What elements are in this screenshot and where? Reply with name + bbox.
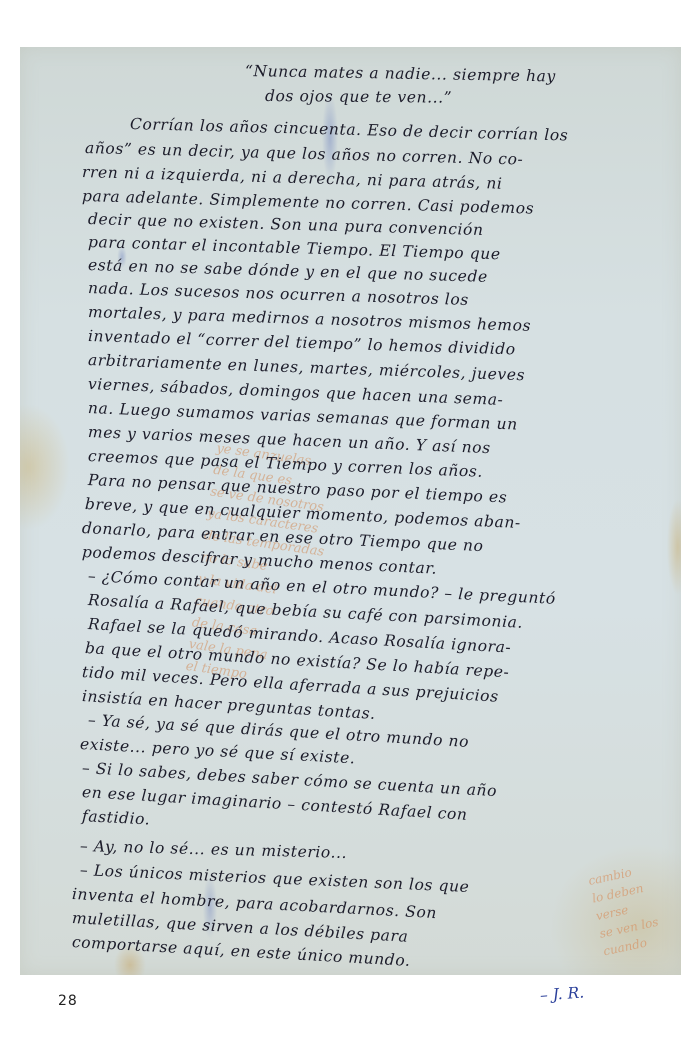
text-line: fastidio.	[82, 807, 151, 829]
text-line: Corrían los años cincuenta. Eso de decir…	[130, 115, 569, 144]
faded-margin-handwriting: cambio lo deben verse se ven los cuando	[587, 854, 694, 961]
epigraph-line-1: “Nunca mates a nadie... siempre hay	[245, 62, 556, 85]
author-signature: – J. R.	[539, 983, 584, 1004]
epigraph-line-2: dos ojos que te ven...”	[265, 87, 452, 107]
page-number: 28	[58, 993, 78, 1009]
dialogue-line: – Ay, no lo sé... es un misterio...	[80, 837, 348, 862]
manuscript-page: ye se anzuelas de la que es se ve de nos…	[20, 47, 681, 975]
